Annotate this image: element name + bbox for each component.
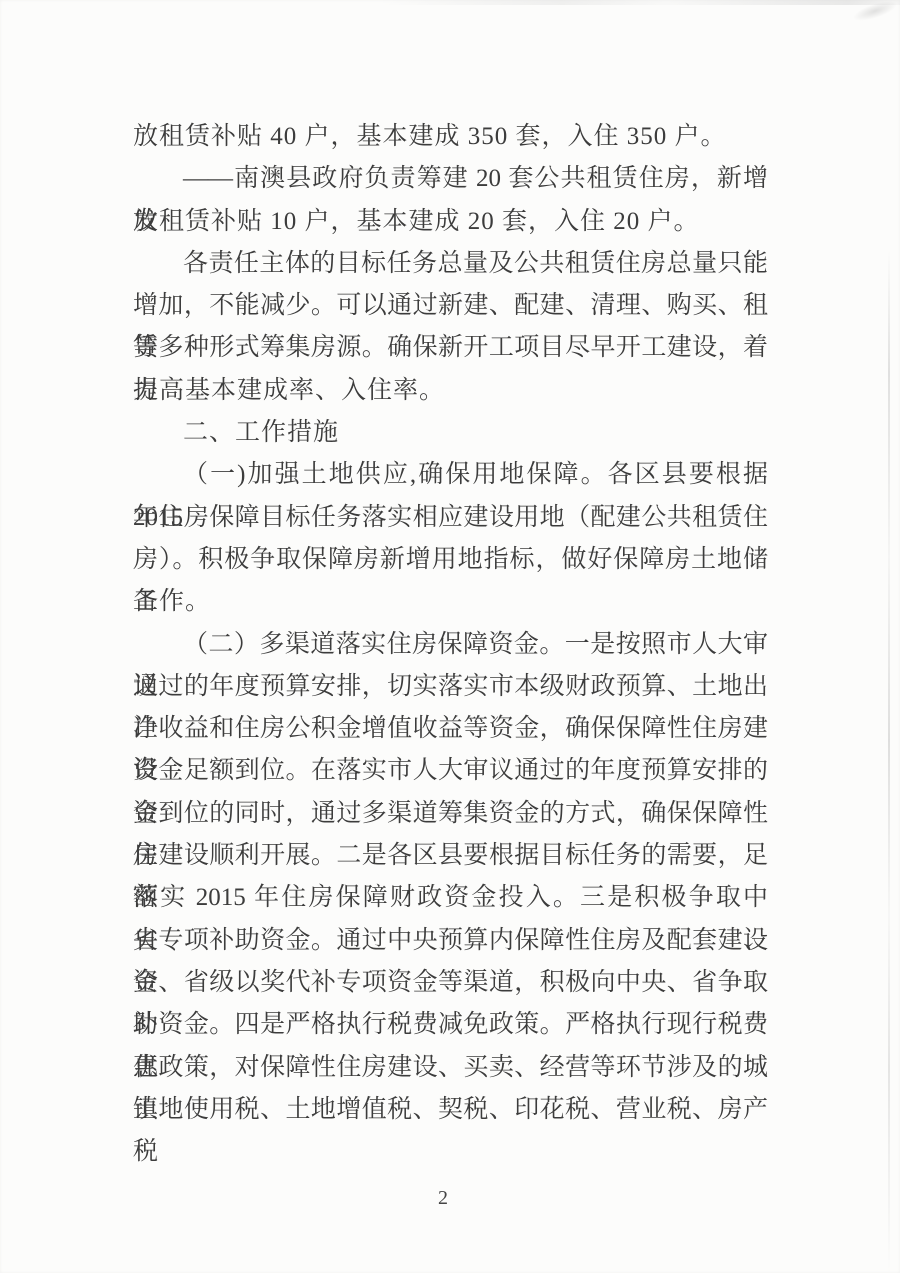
text-line: 助资金。四是严格执行税费减免政策。严格执行现行税费优 — [133, 1004, 768, 1046]
scan-right-edge-artifact — [888, 250, 890, 1273]
text-line: 放租赁补贴 40 户，基本建成 350 套，入住 350 户。 — [133, 116, 768, 158]
text-line: 工作。 — [133, 581, 768, 623]
page-number: 2 — [133, 1185, 753, 1211]
scanned-document-page: 放租赁补贴 40 户，基本建成 350 套，入住 350 户。——南澳县政府负责… — [0, 0, 900, 1273]
text-line: 增加，不能减少。可以通过新建、配建、清理、购买、租赁 — [133, 285, 768, 327]
text-line: 净收益和住房公积金增值收益等资金，确保保障性住房建设 — [133, 708, 768, 750]
text-line: 土地使用税、土地增值税、契税、印花税、营业税、房产税 — [133, 1089, 768, 1131]
text-line: 房）。积极争取保障房新增用地指标，做好保障房土地储备 — [133, 539, 768, 581]
text-line: 落实 2015 年住房保障财政资金投入。三是积极争取中央、 — [133, 877, 768, 919]
text-line: 房建设顺利开展。二是各区县要根据目标任务的需要，足额 — [133, 835, 768, 877]
text-line: 二、工作措施 — [133, 412, 768, 454]
document-body-text: 放租赁补贴 40 户，基本建成 350 套，入住 350 户。——南澳县政府负责… — [133, 116, 768, 1131]
text-line: （一)加强土地供应,确保用地保障。各区县要根据 2015 — [133, 454, 768, 496]
text-line: 通过的年度预算安排，切实落实市本级财政预算、土地出让 — [133, 666, 768, 708]
text-line: ——南澳县政府负责筹建 20 套公共租赁住房，新增发 — [133, 158, 768, 200]
scan-top-edge-artifact — [380, 0, 900, 5]
text-line: 放租赁补贴 10 户，基本建成 20 套，入住 20 户。 — [133, 201, 768, 243]
text-line: 等多种形式筹集房源。确保新开工项目尽早开工建设，着力 — [133, 327, 768, 369]
text-line: 惠政策，对保障性住房建设、买卖、经营等环节涉及的城镇 — [133, 1047, 768, 1089]
text-line: 资金足额到位。在落实市人大审议通过的年度预算安排的资 — [133, 750, 768, 792]
text-line: 提高基本建成率、入住率。 — [133, 370, 768, 412]
text-line: 各责任主体的目标任务总量及公共租赁住房总量只能 — [133, 243, 768, 285]
text-line: 金、省级以奖代补专项资金等渠道，积极向中央、省争取补 — [133, 962, 768, 1004]
text-line: 年住房保障目标任务落实相应建设用地（配建公共租赁住 — [133, 497, 768, 539]
text-line: 省专项补助资金。通过中央预算内保障性住房及配套建设资 — [133, 920, 768, 962]
text-line: （二）多渠道落实住房保障资金。一是按照市人大审议 — [133, 624, 768, 666]
text-line: 金到位的同时，通过多渠道筹集资金的方式，确保保障性住 — [133, 793, 768, 835]
